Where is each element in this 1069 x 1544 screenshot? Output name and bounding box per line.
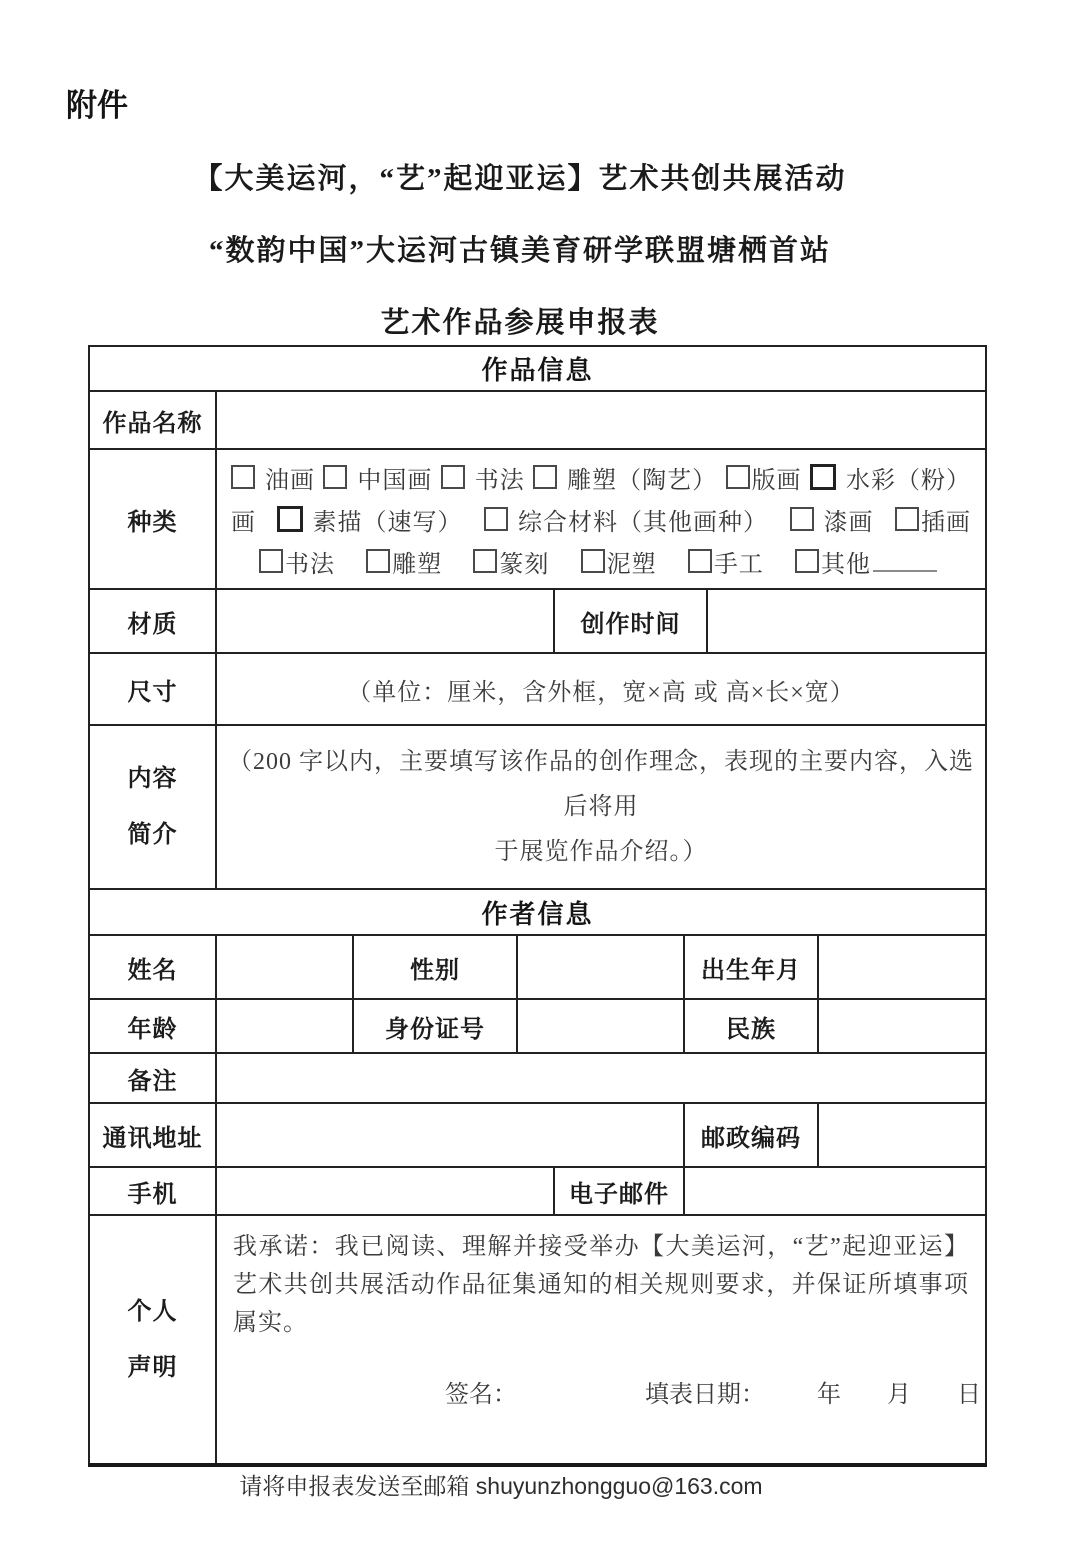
application-form-table: 作品信息 作品名称 种类 油画中国画书法雕塑（陶艺）版画水彩（粉）画素描（速写）… <box>88 345 987 1467</box>
birth-date-label: 出生年月 <box>684 935 818 999</box>
checkbox-option-3-3[interactable]: 篆刻 <box>473 544 549 579</box>
checkbox-icon[interactable] <box>441 465 465 489</box>
checkbox-option-label: 综合材料（其他画种） <box>518 502 768 537</box>
ethnicity-input-cell[interactable] <box>818 999 986 1053</box>
checkbox-icon[interactable] <box>259 549 283 573</box>
mobile-input-cell[interactable] <box>216 1167 554 1215</box>
checkbox-option-1-4[interactable]: 雕塑（陶艺） <box>533 460 717 495</box>
footer-note: 请将申报表发送至邮箱 shuyunzhongguo@163.com <box>0 1468 1002 1501</box>
checkbox-icon[interactable] <box>795 549 819 573</box>
attachment-label: 附件 <box>66 80 128 125</box>
checkbox-option-1-5[interactable]: 版画 <box>726 460 802 495</box>
checkbox-option-2-2[interactable]: 综合材料（其他画种） <box>484 502 768 537</box>
creation-time-label: 创作时间 <box>554 589 707 653</box>
type-options-line-2: 画素描（速写）综合材料（其他画种）漆画插画 <box>231 498 971 540</box>
address-input-cell[interactable] <box>216 1103 684 1167</box>
remark-label: 备注 <box>89 1053 216 1103</box>
checkbox-option-label: 手工 <box>714 544 764 579</box>
type-options-line-1: 油画中国画书法雕塑（陶艺）版画水彩（粉） <box>231 456 971 498</box>
declaration-label: 个人 声明 <box>89 1215 216 1465</box>
checkbox-option-label: 其他 <box>821 544 871 579</box>
mobile-label: 手机 <box>89 1167 216 1215</box>
id-number-input-cell[interactable] <box>517 999 684 1053</box>
checkbox-option-3-4[interactable]: 泥塑 <box>581 544 657 579</box>
declaration-label-line2: 声明 <box>90 1340 215 1396</box>
id-number-label: 身份证号 <box>353 999 517 1053</box>
checkbox-option-label: 中国画 <box>357 460 432 495</box>
checkbox-option-label: 书法 <box>475 460 525 495</box>
signature-label[interactable]: 签名： <box>445 1374 517 1409</box>
checkbox-option-label: 版画 <box>752 460 802 495</box>
ethnicity-label: 民族 <box>684 999 818 1053</box>
checkbox-option-3-2[interactable]: 雕塑 <box>366 544 442 579</box>
name-input-cell[interactable] <box>216 935 353 999</box>
checkbox-option-3-6[interactable]: 其他 <box>795 544 937 579</box>
checkbox-option-label: 篆刻 <box>499 544 549 579</box>
birth-date-input-cell[interactable] <box>818 935 986 999</box>
material-label: 材质 <box>89 589 216 653</box>
checkbox-option-label: 素描（速写） <box>313 502 463 537</box>
content-intro-note-line1: （200 字以内，主要填写该作品的创作理念，表现的主要内容，入选后将用 <box>217 740 985 830</box>
checkbox-icon[interactable] <box>895 507 919 531</box>
declaration-label-line1: 个人 <box>90 1284 215 1340</box>
title-block: 【大美运河，“艺”起迎亚运】艺术共创共展活动 “数韵中国”大运河古镇美育研学联盟… <box>20 156 1020 372</box>
postcode-input-cell[interactable] <box>818 1103 986 1167</box>
checkbox-option-3-5[interactable]: 手工 <box>688 544 764 579</box>
checkbox-icon[interactable] <box>810 464 836 490</box>
checkbox-option-1-1[interactable]: 油画 <box>231 460 315 495</box>
age-input-cell[interactable] <box>216 999 353 1053</box>
year-label: 年 <box>817 1374 841 1409</box>
work-info-section-header: 作品信息 <box>89 346 986 391</box>
gender-label: 性别 <box>353 935 517 999</box>
checkbox-option-label: 油画 <box>265 460 315 495</box>
document-title-line-3: 艺术作品参展申报表 <box>20 300 1020 341</box>
content-intro-note-cell[interactable]: （200 字以内，主要填写该作品的创作理念，表现的主要内容，入选后将用 于展览作… <box>216 725 986 889</box>
checkbox-option-label: 漆画 <box>824 502 874 537</box>
checkbox-icon[interactable] <box>484 507 508 531</box>
declaration-cell: 我承诺：我已阅读、理解并接受举办【大美运河，“艺”起迎亚运】艺术共创共展活动作品… <box>216 1215 986 1465</box>
signature-row: 签名： 填表日期： 年 月 日 <box>233 1374 969 1409</box>
size-note: （单位：厘米，含外框，宽×高 或 高×长×宽） <box>216 653 986 725</box>
checkbox-icon[interactable] <box>366 549 390 573</box>
day-label: 日 <box>957 1374 981 1409</box>
checkbox-option-label: 泥塑 <box>607 544 657 579</box>
checkbox-icon[interactable] <box>533 465 557 489</box>
checkbox-option-1-2[interactable]: 中国画 <box>323 460 432 495</box>
type-options-cell: 油画中国画书法雕塑（陶艺）版画水彩（粉）画素描（速写）综合材料（其他画种）漆画插… <box>216 449 986 589</box>
checkbox-option-2-1[interactable]: 素描（速写） <box>277 502 463 537</box>
checkbox-option-1-6[interactable]: 水彩（粉） <box>810 460 971 495</box>
scanned-form-page: 附件 【大美运河，“艺”起迎亚运】艺术共创共展活动 “数韵中国”大运河古镇美育研… <box>0 0 1069 1544</box>
checkbox-icon[interactable] <box>323 465 347 489</box>
checkbox-option-3-1[interactable]: 书法 <box>259 544 335 579</box>
author-info-section-header: 作者信息 <box>89 889 986 935</box>
email-input-cell[interactable] <box>684 1167 986 1215</box>
checkbox-icon[interactable] <box>473 549 497 573</box>
work-name-input-cell[interactable] <box>216 391 986 449</box>
creation-time-input-cell[interactable] <box>707 589 986 653</box>
size-label: 尺寸 <box>89 653 216 725</box>
checkbox-icon[interactable] <box>688 549 712 573</box>
name-label: 姓名 <box>89 935 216 999</box>
checkbox-icon[interactable] <box>790 507 814 531</box>
checkbox-icon[interactable] <box>581 549 605 573</box>
content-intro-label-line1: 内容 <box>90 751 215 807</box>
document-title-line-1: 【大美运河，“艺”起迎亚运】艺术共创共展活动 <box>20 156 1020 197</box>
checkbox-icon[interactable] <box>231 465 255 489</box>
content-intro-label: 内容 简介 <box>89 725 216 889</box>
remark-input-cell[interactable] <box>216 1053 986 1103</box>
fill-date-label[interactable]: 填表日期： <box>645 1374 765 1409</box>
type-options-line-3: 书法雕塑篆刻泥塑手工其他 <box>231 540 971 582</box>
checkbox-option-1-3[interactable]: 书法 <box>441 460 525 495</box>
type-label: 种类 <box>89 449 216 589</box>
checkbox-option-2-4[interactable]: 插画 <box>895 502 971 537</box>
checkbox-option-label: 书法 <box>285 544 335 579</box>
checkbox-option-label: 雕塑（陶艺） <box>567 460 717 495</box>
checkbox-option-2-3[interactable]: 漆画 <box>790 502 874 537</box>
checkbox-option-label: 水彩（粉） <box>846 460 971 495</box>
checkbox-option-label: 插画 <box>921 502 971 537</box>
address-label: 通讯地址 <box>89 1103 216 1167</box>
other-fill-line[interactable] <box>873 550 937 572</box>
checkbox-icon[interactable] <box>277 506 303 532</box>
work-name-label: 作品名称 <box>89 391 216 449</box>
content-intro-label-line2: 简介 <box>90 807 215 863</box>
type-line-wrap-text: 画 <box>231 502 255 537</box>
material-input-cell[interactable] <box>216 589 554 653</box>
checkbox-icon[interactable] <box>726 465 750 489</box>
gender-input-cell[interactable] <box>517 935 684 999</box>
document-title-line-2: “数韵中国”大运河古镇美育研学联盟塘栖首站 <box>20 228 1020 269</box>
email-label: 电子邮件 <box>554 1167 684 1215</box>
checkbox-option-label: 雕塑 <box>392 544 442 579</box>
age-label: 年龄 <box>89 999 216 1053</box>
content-intro-note-line2: 于展览作品介绍。） <box>217 830 985 875</box>
month-label: 月 <box>887 1374 911 1409</box>
declaration-text: 我承诺：我已阅读、理解并接受举办【大美运河，“艺”起迎亚运】艺术共创共展活动作品… <box>233 1228 969 1342</box>
postcode-label: 邮政编码 <box>684 1103 818 1167</box>
